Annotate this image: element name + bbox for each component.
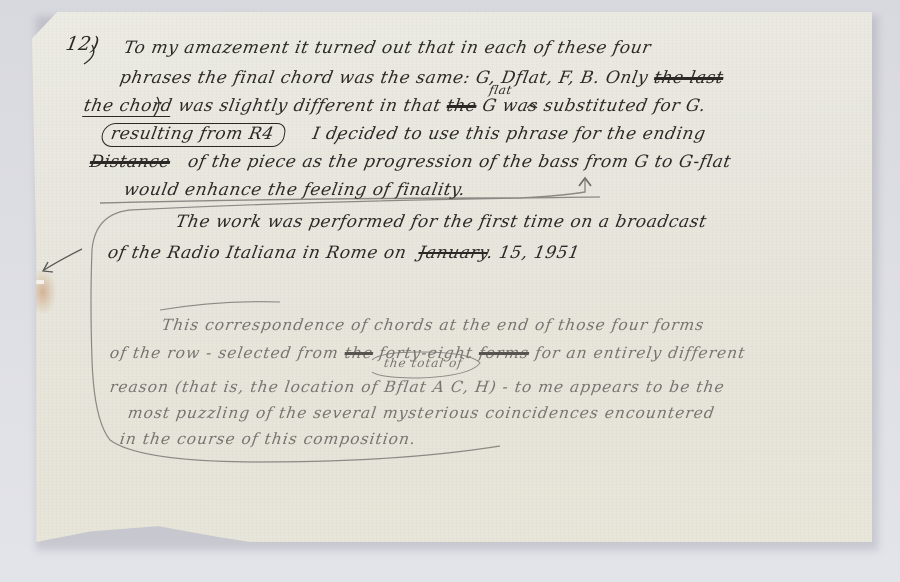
insertion: G flat xyxy=(481,96,505,116)
pencil-line-3: reason (that is, the location of Bflat A… xyxy=(109,378,726,396)
ink-line-6: would enhance the feeling of finality. xyxy=(122,180,467,200)
insert-superscript: flat xyxy=(488,83,513,97)
underlined-text: the chord xyxy=(82,96,174,117)
pencil-line-1: This correspondence of chords at the end… xyxy=(161,316,706,334)
pencil-line-4: most puzzling of the several mysterious … xyxy=(127,404,716,422)
broadcast-line-2: of the Radio Italiana in Rome on January… xyxy=(106,243,581,263)
pencil-insert-circled: the total of xyxy=(383,356,464,370)
pencil-line-2-text: of the row - selected from xyxy=(109,344,340,362)
ink-line-2: phrases the final chord was the same: G,… xyxy=(118,68,725,88)
date-month: January xyxy=(417,243,489,263)
ink-line-1: To my amazement it turned out that in ea… xyxy=(122,38,653,58)
ink-line-3: the chord was slightly different in that… xyxy=(82,96,707,116)
ink-line-4: resulting from R4 I decided to use this … xyxy=(100,124,707,144)
ink-line-5: Distance of the piece as the progression… xyxy=(88,152,732,172)
pencil-line-5: in the course of this composition. xyxy=(119,430,418,448)
ink-line-2-text: phrases the final chord was the same: G,… xyxy=(118,68,650,88)
insert-base: G xyxy=(481,96,499,116)
date-rest: . 15, 1951 xyxy=(485,243,581,263)
page-number: 12) xyxy=(64,33,101,55)
circled-note: resulting from R4 xyxy=(100,123,287,147)
struck-text: the last xyxy=(652,68,725,88)
broadcast-line-2-text: of the Radio Italiana in Rome on xyxy=(106,243,408,263)
rust-stain xyxy=(34,270,56,314)
broadcast-line-1: The work was performed for the first tim… xyxy=(174,212,708,232)
manuscript-page xyxy=(32,12,872,542)
ink-line-3-text: was slightly different in that xyxy=(177,96,443,116)
struck-text: Distance xyxy=(88,152,172,172)
ink-line-5-text: of the piece as the progression of the b… xyxy=(186,152,732,172)
struck-text: forms xyxy=(478,344,531,362)
struck-text: the xyxy=(343,344,374,362)
ink-line-4-text: I decided to use this phrase for the end… xyxy=(311,124,707,144)
pencil-line-2-end: for an entirely different xyxy=(534,344,747,362)
paper-texture xyxy=(32,12,872,542)
struck-text: the xyxy=(445,96,478,116)
ink-line-3-suffix: was substituted for G. xyxy=(501,96,707,116)
